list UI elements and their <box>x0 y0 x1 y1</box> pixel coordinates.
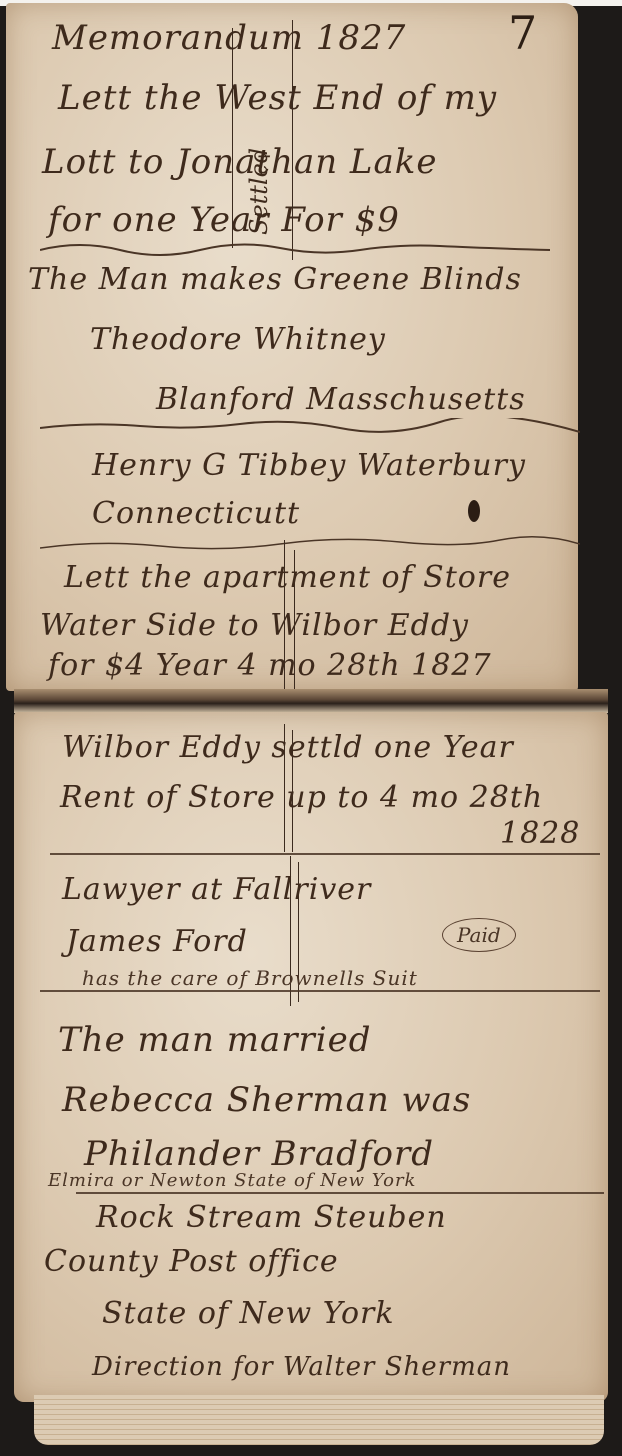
entry-line: Connecticutt <box>92 496 300 531</box>
entry-line: Blanford Masschusetts <box>156 382 526 417</box>
entry-line: 1828 <box>500 816 580 851</box>
entry-line: for one Year For $9 <box>48 200 400 240</box>
divider-line <box>50 853 600 855</box>
divider-line <box>40 990 600 992</box>
entry-line: Lett the apartment of Store <box>64 560 511 595</box>
entry-line: Lawyer at Fallriver <box>62 872 371 907</box>
divider-wave <box>40 238 550 258</box>
entry-line: has the care of Brownells Suit <box>82 966 418 990</box>
entry-line: Henry G Tibbey Waterbury <box>92 448 526 483</box>
margin-rule <box>232 28 233 248</box>
entry-line: Water Side to Wilbor Eddy <box>40 608 469 643</box>
entry-line: State of New York <box>102 1296 395 1331</box>
entry-line: James Ford <box>66 924 248 959</box>
page-stack-edge <box>34 1395 604 1445</box>
entry-line: Lett the West End of my <box>58 78 497 118</box>
entry-line: Wilbor Eddy settld one Year <box>62 730 514 765</box>
entry-line: The Man makes Greene Blinds <box>28 262 522 297</box>
entry-heading: Memorandum 1827 <box>52 18 406 58</box>
settled-note: Settled <box>245 148 273 235</box>
entry-line: County Post office <box>44 1244 339 1279</box>
entry-line: Lott to Jonathan Lake <box>42 142 438 182</box>
entry-line: Theodore Whitney <box>90 322 386 357</box>
entry-line: Philander Bradford <box>84 1134 434 1174</box>
entry-line: Direction for Walter Sherman <box>92 1352 511 1382</box>
margin-rule <box>292 20 293 260</box>
divider-wave <box>40 418 580 438</box>
entry-line: Rebecca Sherman was <box>62 1080 471 1120</box>
entry-line: Elmira or Newton State of New York <box>48 1170 416 1191</box>
divider-wave <box>40 534 580 554</box>
divider-line <box>76 1192 604 1194</box>
entry-line: The man married <box>58 1020 372 1060</box>
entry-line: Rock Stream Steuben <box>96 1200 447 1235</box>
page-number: 7 <box>508 6 537 60</box>
page-fold <box>14 689 608 713</box>
entry-line: Rent of Store up to 4 mo 28th <box>60 780 543 815</box>
ink-blot <box>468 500 480 522</box>
entry-line: for $4 Year 4 mo 28th 1827 <box>48 648 492 683</box>
paid-stamp: Paid <box>442 918 516 952</box>
